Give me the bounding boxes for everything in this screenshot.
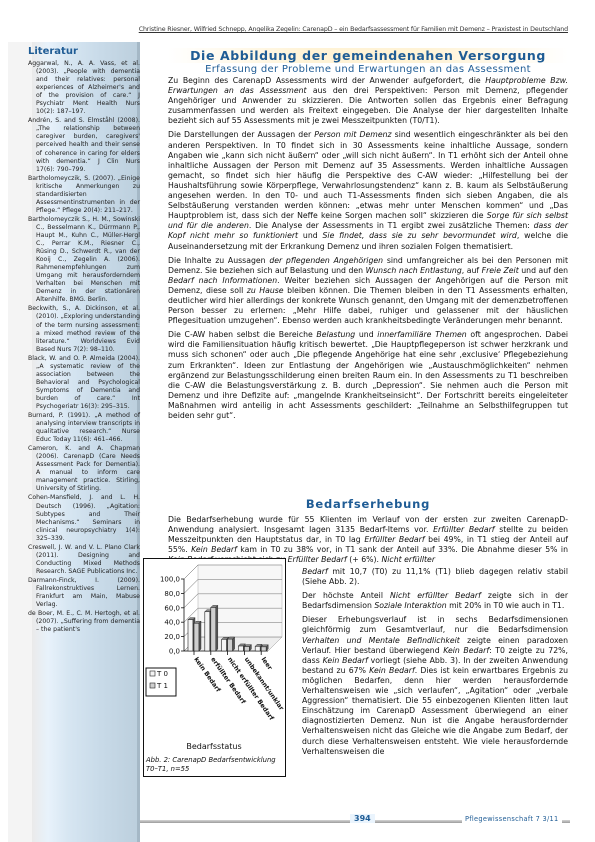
- emphasis-text: Kein Bedarf: [443, 646, 489, 655]
- paragraph: Dieser Erhebungsverlauf ist in sechs Bed…: [302, 615, 568, 756]
- figure-caption: Abb. 2: CarenapD Bedarfsentwicklung: [145, 756, 276, 764]
- bar-t0: [205, 612, 210, 651]
- bar-t1: [211, 607, 216, 651]
- reference-item: Creswell, J. W. and V. L. Plano Clark (2…: [28, 544, 140, 576]
- emphasis-text: Freie Zeit: [482, 266, 519, 275]
- bedarf-title: Bedarfserhebung: [168, 497, 568, 511]
- reference-item: Black, W. and O. P. Almeida (2004). „A s…: [28, 355, 140, 411]
- body-text: Zu Beginn des CarenapD Assessments wird …: [168, 76, 485, 85]
- reference-item: Beckwith, S., A. Dickinson, et al. (2010…: [28, 305, 140, 353]
- paragraph: Bedarf mit 10,7 (T0) zu 11,1% (T1) blieb…: [302, 567, 568, 587]
- emphasis-text: Kein Bedarf: [369, 666, 415, 675]
- reference-item: Bartholomeyczik S., H. M., Sowinski C., …: [28, 216, 140, 305]
- emphasis-text: der pflegenden Angehörigen: [269, 256, 383, 265]
- paragraph: Der höchste Anteil Nicht erfüllter Bedar…: [302, 591, 568, 611]
- reference-item: Darmann-Finck, I. (2009). Fallrekonstruk…: [28, 577, 140, 609]
- references-list: Aggarwal, N., A. A. Vass, et al. (2003).…: [28, 60, 140, 635]
- figure-caption-line2: T0–T1, n=55: [146, 765, 189, 773]
- emphasis-text: Bedarf: [302, 567, 328, 576]
- body-text: Der höchste Anteil: [302, 591, 390, 600]
- bar-t1: [194, 623, 199, 651]
- emphasis-text: Nicht erfüllter Bedarf: [390, 591, 481, 600]
- emphasis-text: Erfüllter Bedarf: [433, 525, 494, 534]
- emphasis-text: Belastung: [316, 330, 355, 339]
- emphasis-text: Erfüllter Bedarf: [288, 555, 347, 564]
- body-text: Die Inhalte zu Aussagen: [168, 256, 269, 265]
- bar-t0: [222, 639, 227, 651]
- emphasis-text: Bedarf nach Informationen: [168, 276, 277, 285]
- page-footer: 394 Pflegewissenschaft 7 3/11: [140, 812, 570, 828]
- emphasis-text: Person mit Demenz: [314, 130, 391, 139]
- body-text: (+ 6%).: [347, 555, 382, 564]
- emphasis-text: Kein Bedarf: [191, 545, 237, 554]
- body-text: und auf den: [519, 266, 568, 275]
- article-body: Zu Beginn des CarenapD Assessments wird …: [168, 76, 568, 421]
- emphasis-text: Wunsch nach Entlastung: [366, 266, 462, 275]
- reference-item: Bartholomeyczik, S. (2007). „Einige krit…: [28, 175, 140, 215]
- main-article: Die Abbildung der gemeindenahen Versorgu…: [168, 48, 568, 425]
- emphasis-text: innerfamiliäre Themen: [377, 330, 466, 339]
- body-text: Die C-AW haben selbst die Bereiche: [168, 330, 316, 339]
- legend-label: T 0: [156, 670, 168, 678]
- body-text: . Die Analyse der Assessments in T1 ergi…: [249, 221, 534, 230]
- section-subtitle: Erfassung der Probleme und Erwartungen a…: [168, 64, 568, 75]
- reference-item: Cameron, K. and A. Chapman (2006). Caren…: [28, 445, 140, 493]
- bar-t0: [188, 620, 193, 651]
- page-number: 394: [350, 814, 375, 823]
- x-tick-label: leer: [260, 656, 274, 672]
- journal-name: Pflegewissenschaft 7 3/11: [462, 815, 562, 823]
- body-text: mit 20% in T0 wie auch in T1.: [447, 601, 565, 610]
- body-text: und: [355, 330, 377, 339]
- body-text: sind wesentlich eingeschränkter als bei …: [168, 130, 568, 220]
- reference-item: Burnard, P. (1991). „A method of analysi…: [28, 412, 140, 444]
- legend-swatch: [150, 683, 155, 688]
- emphasis-text: Verhalten und Mentale Befindlichkeit: [302, 636, 460, 645]
- bar-t1: [244, 647, 249, 651]
- running-head: Christine Riesner, Wilfried Schnepp, Ang…: [30, 26, 568, 33]
- bedarf-right-column: Bedarf mit 10,7 (T0) zu 11,1% (T1) blieb…: [302, 567, 568, 761]
- paragraph: Zu Beginn des CarenapD Assessments wird …: [168, 76, 568, 126]
- references-title: Literatur: [28, 46, 78, 57]
- references-sidebar: Literatur Aggarwal, N., A. A. Vass, et a…: [8, 42, 138, 842]
- body-text: kam in T0 zu 38% vor, in T1 sank der Ant…: [237, 545, 568, 554]
- emphasis-text: Soziale Interaktion: [374, 601, 446, 610]
- y-tick-label: 0,0: [169, 648, 180, 656]
- reference-item: Aggarwal, N., A. A. Vass, et al. (2003).…: [28, 60, 140, 116]
- emphasis-text: Sie findet, dass sie zu sehr bevormundet…: [323, 231, 517, 240]
- figure-bedarf-chart: 0,020,040,060,080,0100,0kein Bedarferfül…: [143, 558, 286, 777]
- body-text: oft angesprochen. Dabei wird die Familie…: [168, 330, 568, 420]
- bar-chart: 0,020,040,060,080,0100,0kein Bedarferfül…: [144, 559, 285, 776]
- emphasis-text: Kein Bedarf: [323, 656, 368, 665]
- y-tick-label: 40,0: [164, 619, 180, 627]
- emphasis-text: zu Hause: [247, 286, 284, 295]
- emphasis-text: Erfüllter Bedarf: [364, 535, 424, 544]
- x-axis-title: Bedarfsstatus: [186, 742, 241, 751]
- y-tick-label: 100,0: [160, 576, 180, 584]
- reference-item: de Boer, M. E., C. M. Hertogh, et al. (2…: [28, 610, 140, 634]
- body-text: , auf: [462, 266, 482, 275]
- bar-t0: [238, 646, 243, 651]
- paragraph: Die C-AW haben selbst die Bereiche Belas…: [168, 330, 568, 421]
- bedarf-section: Bedarfserhebung Die Bedarfserhebung wurd…: [168, 497, 568, 566]
- y-tick-label: 20,0: [164, 633, 180, 641]
- body-text: und: [298, 231, 322, 240]
- body-text: Die Darstellungen der Aussagen der: [168, 130, 314, 139]
- legend-label: T 1: [156, 682, 168, 690]
- paragraph: Die Inhalte zu Aussagen der pflegenden A…: [168, 256, 568, 327]
- body-text: mit 10,7 (T0) zu 11,1% (T1) blieb dagege…: [302, 567, 568, 586]
- y-tick-label: 60,0: [164, 604, 180, 612]
- y-tick-label: 80,0: [164, 590, 180, 598]
- body-text: . Dies ist kein erwartbares Ergebnis zu …: [302, 666, 568, 756]
- legend-swatch: [150, 671, 155, 676]
- bar-t1: [228, 639, 233, 651]
- bar-t1: [261, 647, 266, 651]
- body-text: Dieser Erhebungsverlauf ist in sechs Bed…: [302, 615, 568, 634]
- reference-item: Cohen-Mansfield, J. and L. H. Deutsch (1…: [28, 494, 140, 542]
- bar-t0: [255, 646, 260, 651]
- reference-item: Andrén, S. and S. Elmståhl (2008). „The …: [28, 117, 140, 173]
- paragraph: Die Darstellungen der Aussagen der Perso…: [168, 130, 568, 251]
- section-title: Die Abbildung der gemeindenahen Versorgu…: [168, 48, 568, 63]
- emphasis-text: Nicht erfüllter: [381, 555, 435, 564]
